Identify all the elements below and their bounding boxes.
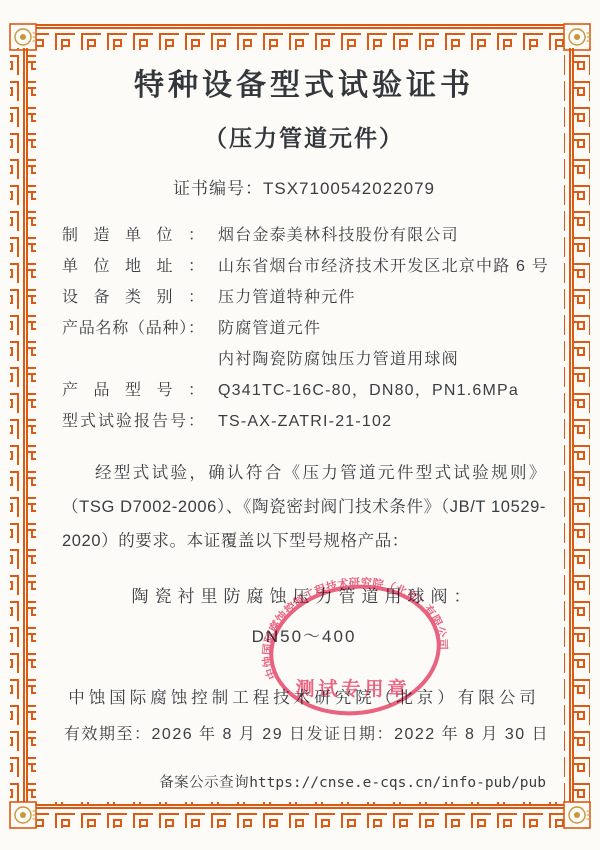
field-label: 设备类别： (62, 283, 204, 312)
issue-date-label: 发证日期： (307, 726, 395, 743)
certificate-number-value: TSX7100542022079 (263, 179, 435, 198)
conformity-statement: 经型式试验，确认符合《压力管道元件型式试验规则》（TSG D7002-2006）… (62, 456, 546, 558)
certificate-number-line: 证书编号：TSX7100542022079 (62, 174, 546, 199)
certificate-title: 特种设备型式试验证书 (62, 60, 546, 104)
medallion-icon (15, 807, 37, 823)
record-query-label: 备案公示查询 (159, 775, 249, 791)
field-value: Q341TC-16C-80，DN80，PN1.6MPa (218, 376, 519, 405)
field-label: 制造单位： (62, 221, 204, 250)
medallion-icon (15, 29, 37, 45)
record-query-line: 备案公示查询https://cnse.e-cqs.cn/info-pub/pub (62, 771, 546, 792)
field-label: 型式试验报告号： (62, 407, 204, 436)
test-seal-stamp: 中蚀国际腐蚀控制工程技术研究院（北京）有限公司 测试专用章 (250, 576, 460, 728)
valid-until-label: 有效期至： (64, 726, 152, 743)
field-label: 产品型号： (62, 376, 204, 405)
field-row-test-report-number: 型式试验报告号：TS-AX-ZATRI-21-102 (62, 407, 546, 436)
stamp-center-text: 测试专用章 (295, 677, 410, 700)
record-query-url: https://cnse.e-cqs.cn/info-pub/pub (249, 775, 546, 791)
field-value: 压力管道特种元件 (218, 283, 356, 312)
field-row-product-model: 产品型号：Q341TC-16C-80，DN80，PN1.6MPa (62, 376, 546, 405)
stamp-ring-text: 中蚀国际腐蚀控制工程技术研究院（北京）有限公司 (252, 576, 452, 682)
medallion-icon (569, 29, 591, 45)
field-row-address: 单位地址：山东省烟台市经济技术开发区北京中路 6 号 (62, 252, 546, 281)
field-value: 内衬陶瓷防腐蚀压力管道用球阀 (218, 345, 459, 374)
issue-date-value: 2022 年 8 月 30 日 (394, 726, 549, 743)
certificate-number-label: 证书编号： (173, 179, 263, 198)
field-value: TS-AX-ZATRI-21-102 (218, 407, 392, 436)
certificate-page: 特种设备型式试验证书 （压力管道元件） 证书编号：TSX710054202207… (0, 0, 600, 850)
field-row-equipment-category: 设备类别：压力管道特种元件 (62, 283, 546, 312)
valid-until-date: 2026 年 8 月 29 日 (152, 726, 307, 743)
field-table: 制造单位：烟台金泰美林科技股份有限公司 单位地址：山东省烟台市经济技术开发区北京… (62, 221, 546, 436)
field-label: 单位地址： (62, 252, 204, 281)
field-row-product-name: 产品名称（品种）：防腐管道元件 (62, 314, 546, 343)
field-value: 烟台金泰美林科技股份有限公司 (218, 221, 459, 250)
field-value: 山东省烟台市经济技术开发区北京中路 6 号 (218, 252, 549, 281)
field-label: 产品名称（品种）： (62, 314, 204, 343)
field-value: 防腐管道元件 (218, 314, 321, 343)
certificate-subtitle: （压力管道元件） (62, 120, 546, 153)
medallion-icon (569, 807, 591, 823)
field-row-product-name-continued: 内衬陶瓷防腐蚀压力管道用球阀 (62, 345, 546, 374)
field-row-manufacturer: 制造单位：烟台金泰美林科技股份有限公司 (62, 221, 546, 250)
